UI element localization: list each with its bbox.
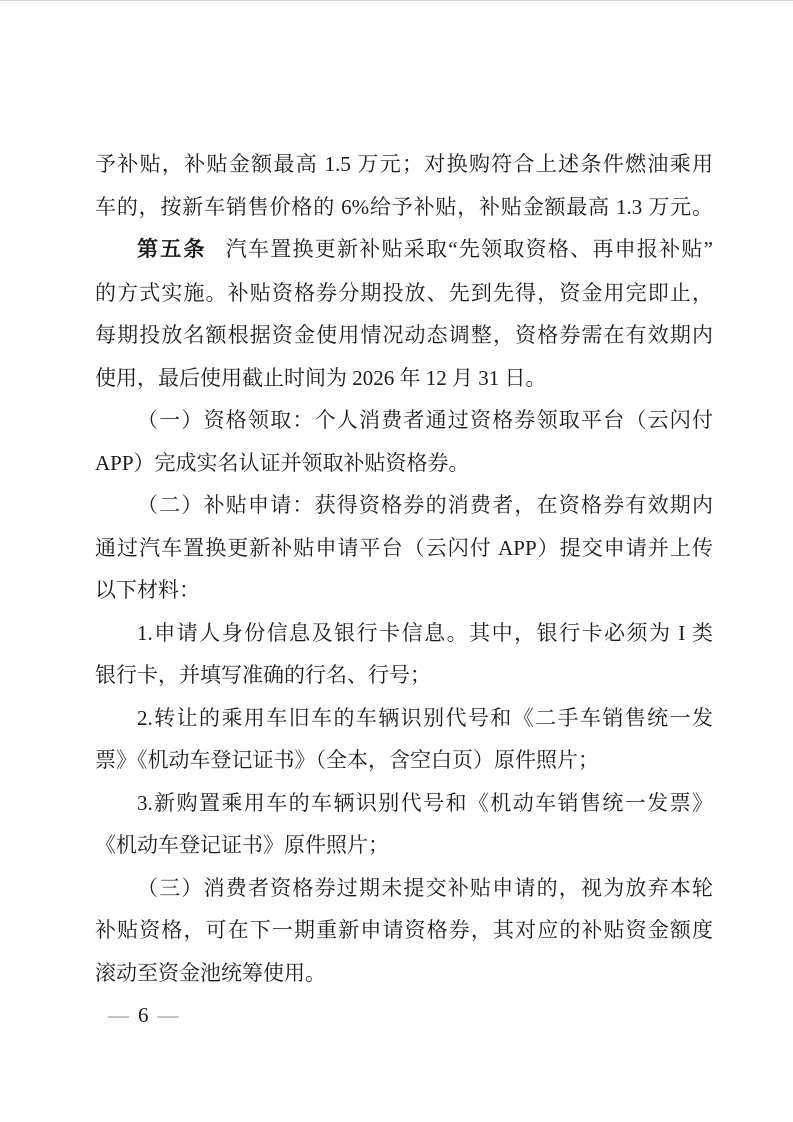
paragraph-material-1: 1.申请人身份信息及银行卡信息。其中，银行卡必须为 I 类 银行卡，并填写准确的…	[95, 612, 713, 697]
text-line: 《机动车登记证书》原件照片；	[95, 824, 713, 867]
text-line: 每期投放名额根据资金使用情况动态调整，资格券需在有效期内	[95, 314, 713, 357]
paragraph-item-3: （三）消费者资格券过期未提交补贴申请的，视为放弃本轮 补贴资格，可在下一期重新申…	[95, 867, 713, 995]
text-line: 使用，最后使用截止时间为 2026 年 12 月 31 日。	[95, 357, 713, 400]
clause-number: 第五条	[137, 238, 207, 261]
paragraph-continuation: 予补贴，补贴金额最高 1.5 万元；对换购符合上述条件燃油乘用 车的，按新车销售…	[95, 143, 713, 228]
page-footer: —6—	[108, 1002, 179, 1028]
text-line: 通过汽车置换更新补贴申请平台（云闪付 APP）提交申请并上传	[95, 527, 713, 570]
text-line: （一）资格领取：个人消费者通过资格券领取平台（云闪付	[95, 399, 713, 442]
text-line: 票》《机动车登记证书》（全本，含空白页）原件照片；	[95, 739, 713, 782]
footer-dash-left: —	[108, 1003, 129, 1027]
text-line: （二）补贴申请：获得资格券的消费者，在资格券有效期内	[95, 484, 713, 527]
clause-text: 汽车置换更新补贴采取“先领取资格、再申报补贴”	[226, 237, 713, 261]
text-line: （三）消费者资格券过期未提交补贴申请的，视为放弃本轮	[95, 867, 713, 910]
text-line: 的方式实施。补贴资格券分期投放、先到先得，资金用完即止，	[95, 272, 713, 315]
text-line: 2.转让的乘用车旧车的车辆识别代号和《二手车销售统一发	[95, 697, 713, 740]
document-body: 予补贴，补贴金额最高 1.5 万元；对换购符合上述条件燃油乘用 车的，按新车销售…	[95, 143, 713, 994]
text-line: 予补贴，补贴金额最高 1.5 万元；对换购符合上述条件燃油乘用	[95, 143, 713, 186]
text-line: 3.新购置乘用车的车辆识别代号和《机动车销售统一发票》	[95, 782, 713, 825]
paragraph-article-5: 第五条汽车置换更新补贴采取“先领取资格、再申报补贴” 的方式实施。补贴资格券分期…	[95, 228, 713, 399]
text-line: 滚动至资金池统筹使用。	[95, 952, 713, 995]
text-line: 1.申请人身份信息及银行卡信息。其中，银行卡必须为 I 类	[95, 612, 713, 655]
document-page: 予补贴，补贴金额最高 1.5 万元；对换购符合上述条件燃油乘用 车的，按新车销售…	[0, 0, 793, 1122]
page-number: 6	[129, 1003, 158, 1027]
paragraph-item-1: （一）资格领取：个人消费者通过资格券领取平台（云闪付 APP）完成实名认证并领取…	[95, 399, 713, 484]
page-top-edge	[0, 0, 793, 1]
text-line: 补贴资格，可在下一期重新申请资格券，其对应的补贴资金额度	[95, 909, 713, 952]
paragraph-item-2: （二）补贴申请：获得资格券的消费者，在资格券有效期内 通过汽车置换更新补贴申请平…	[95, 484, 713, 612]
paragraph-material-2: 2.转让的乘用车旧车的车辆识别代号和《二手车销售统一发 票》《机动车登记证书》（…	[95, 697, 713, 782]
text-line: APP）完成实名认证并领取补贴资格券。	[95, 442, 713, 485]
text-line: 车的，按新车销售价格的 6%给予补贴，补贴金额最高 1.3 万元。	[95, 186, 713, 229]
footer-dash-right: —	[158, 1003, 179, 1027]
text-line: 以下材料：	[95, 569, 713, 612]
text-line: 第五条汽车置换更新补贴采取“先领取资格、再申报补贴”	[95, 228, 713, 272]
text-line: 银行卡，并填写准确的行名、行号；	[95, 654, 713, 697]
paragraph-material-3: 3.新购置乘用车的车辆识别代号和《机动车销售统一发票》 《机动车登记证书》原件照…	[95, 782, 713, 867]
